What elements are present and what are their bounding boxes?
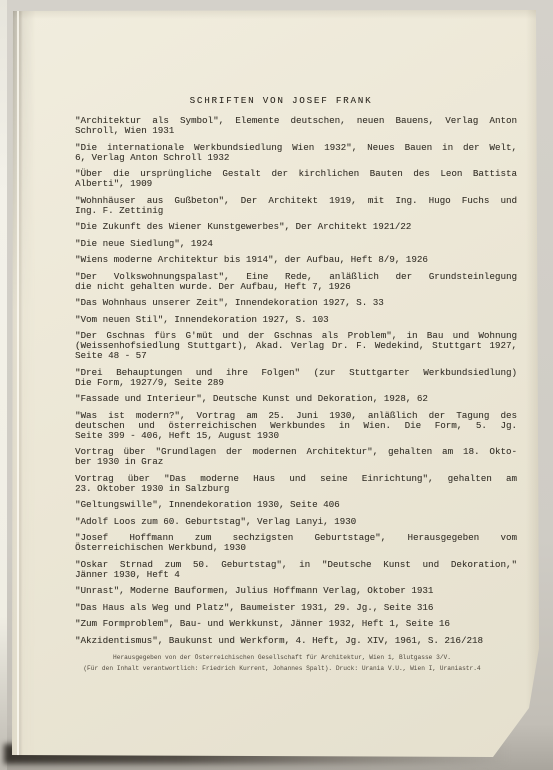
- bibliography-entry: "Wohnhäuser aus Gußbeton", Der Architekt…: [75, 196, 517, 216]
- book-edge-strip: [0, 0, 7, 770]
- bibliography-entry: "Zum Formproblem", Bau- und Werkkunst, J…: [75, 619, 517, 629]
- scanned-page: SCHRIFTEN VON JOSEF FRANK "Architektur a…: [6, 10, 540, 758]
- entry-line: Österreichischen Werkbund, 1930: [75, 543, 517, 553]
- bibliography-entry: "Vom neuen Stil", Innendekoration 1927, …: [75, 315, 517, 325]
- bibliography-entry: "Das Haus als Weg und Platz", Baumeister…: [75, 603, 517, 613]
- entry-line: "Was ist modern?", Vortrag am 25. Juni 1…: [75, 411, 517, 421]
- bibliography-entry: "Akzidentismus", Baukunst und Werkform, …: [75, 636, 517, 646]
- entry-line: ber 1930 in Graz: [75, 457, 517, 467]
- bibliography-entry: "Wiens moderne Architektur bis 1914", de…: [75, 255, 517, 265]
- entry-line: "Die internationale Werkbundsiedlung Wie…: [75, 143, 517, 153]
- entry-line: "Wohnhäuser aus Gußbeton", Der Architekt…: [75, 196, 517, 206]
- entry-line: Die Form, 1927/9, Seite 289: [75, 378, 517, 388]
- entry-line: "Oskar Strnad zum 50. Geburtstag", in "D…: [75, 560, 517, 570]
- entry-line: Alberti", 1909: [75, 179, 517, 189]
- bibliography-entry: "Was ist modern?", Vortrag am 25. Juni 1…: [75, 411, 517, 441]
- entry-line: "Adolf Loos zum 60. Geburtstag", Verlag …: [75, 517, 517, 527]
- page-content: SCHRIFTEN VON JOSEF FRANK "Architektur a…: [75, 10, 517, 674]
- page-crease-line: [17, 10, 19, 758]
- entry-line: Seite 399 - 406, Heft 15, August 1930: [75, 431, 517, 441]
- entry-line: 6, Verlag Anton Schroll 1932: [75, 153, 517, 163]
- bibliography-entry: "Die neue Siedlung", 1924: [75, 239, 517, 249]
- bibliography-entry: "Das Wohnhaus unserer Zeit", Innendekora…: [75, 298, 517, 308]
- entry-line: Ing. F. Zettinig: [75, 206, 517, 216]
- scan-background: SCHRIFTEN VON JOSEF FRANK "Architektur a…: [0, 0, 553, 770]
- bibliography-entry: Vortrag über "Grundlagen der modernen Ar…: [75, 447, 517, 467]
- entry-line: "Geltungswille", Innendekoration 1930, S…: [75, 500, 517, 510]
- imprint-line-responsibility: (Für den Inhalt verantwortlich: Friedric…: [75, 663, 489, 674]
- entry-line: "Drei Behauptungen und ihre Folgen" (zur…: [75, 368, 517, 378]
- entry-line: Schroll, Wien 1931: [75, 126, 517, 136]
- binding-gutter-shade: [12, 10, 36, 758]
- bibliography-entry: "Fassade und Interieur", Deutsche Kunst …: [75, 394, 517, 404]
- imprint-line-publisher: Herausgegeben von der Österreichischen G…: [75, 652, 489, 663]
- entry-line: "Das Wohnhaus unserer Zeit", Innendekora…: [75, 298, 517, 308]
- entry-line: die nicht gehalten wurde. Der Aufbau, He…: [75, 282, 517, 292]
- bibliography-entry: "Die Zukunft des Wiener Kunstgewerbes", …: [75, 222, 517, 232]
- entry-line: Vortrag über "Das moderne Haus und seine…: [75, 474, 517, 484]
- bibliography-entry: Vortrag über "Das moderne Haus und seine…: [75, 474, 517, 494]
- bibliography-entry: "Josef Hoffmann zum sechzigsten Geburtst…: [75, 533, 517, 553]
- entry-line: "Die neue Siedlung", 1924: [75, 239, 517, 249]
- bibliography-entry: "Adolf Loos zum 60. Geburtstag", Verlag …: [75, 517, 517, 527]
- bibliography-entry: "Über die ursprüngliche Gestalt der kirc…: [75, 169, 517, 189]
- entry-line: "Die Zukunft des Wiener Kunstgewerbes", …: [75, 222, 517, 232]
- bibliography-entry: "Der Volkswohnungspalast", Eine Rede, an…: [75, 272, 517, 292]
- entry-line: "Vom neuen Stil", Innendekoration 1927, …: [75, 315, 517, 325]
- entry-line: "Wiens moderne Architektur bis 1914", de…: [75, 255, 517, 265]
- entry-line: "Fassade und Interieur", Deutsche Kunst …: [75, 394, 517, 404]
- entry-line: "Zum Formproblem", Bau- und Werkkunst, J…: [75, 619, 517, 629]
- entry-line: "Das Haus als Weg und Platz", Baumeister…: [75, 603, 517, 613]
- entry-line: "Akzidentismus", Baukunst und Werkform, …: [75, 636, 517, 646]
- entry-line: "Der Volkswohnungspalast", Eine Rede, an…: [75, 272, 517, 282]
- bibliography-entry: "Oskar Strnad zum 50. Geburtstag", in "D…: [75, 560, 517, 580]
- entry-line: Jänner 1930, Heft 4: [75, 570, 517, 580]
- imprint: Herausgegeben von der Österreichischen G…: [75, 652, 489, 674]
- bibliography-entry: "Geltungswille", Innendekoration 1930, S…: [75, 500, 517, 510]
- bibliography-entry: "Unrast", Moderne Bauformen, Julius Hoff…: [75, 586, 517, 596]
- page-title: SCHRIFTEN VON JOSEF FRANK: [75, 96, 487, 106]
- bibliography-list: "Architektur als Symbol", Elemente deuts…: [75, 116, 517, 646]
- entry-line: "Unrast", Moderne Bauformen, Julius Hoff…: [75, 586, 517, 596]
- bibliography-entry: "Drei Behauptungen und ihre Folgen" (zur…: [75, 368, 517, 388]
- entry-line: Seite 48 - 57: [75, 351, 517, 361]
- entry-line: deutschen und österreichischen Werkbunde…: [75, 421, 517, 431]
- bibliography-entry: "Die internationale Werkbundsiedlung Wie…: [75, 143, 517, 163]
- entry-line: 23. Oktober 1930 in Salzburg: [75, 484, 517, 494]
- bibliography-entry: "Architektur als Symbol", Elemente deuts…: [75, 116, 517, 136]
- bibliography-entry: "Der Gschnas fürs G'müt und der Gschnas …: [75, 331, 517, 361]
